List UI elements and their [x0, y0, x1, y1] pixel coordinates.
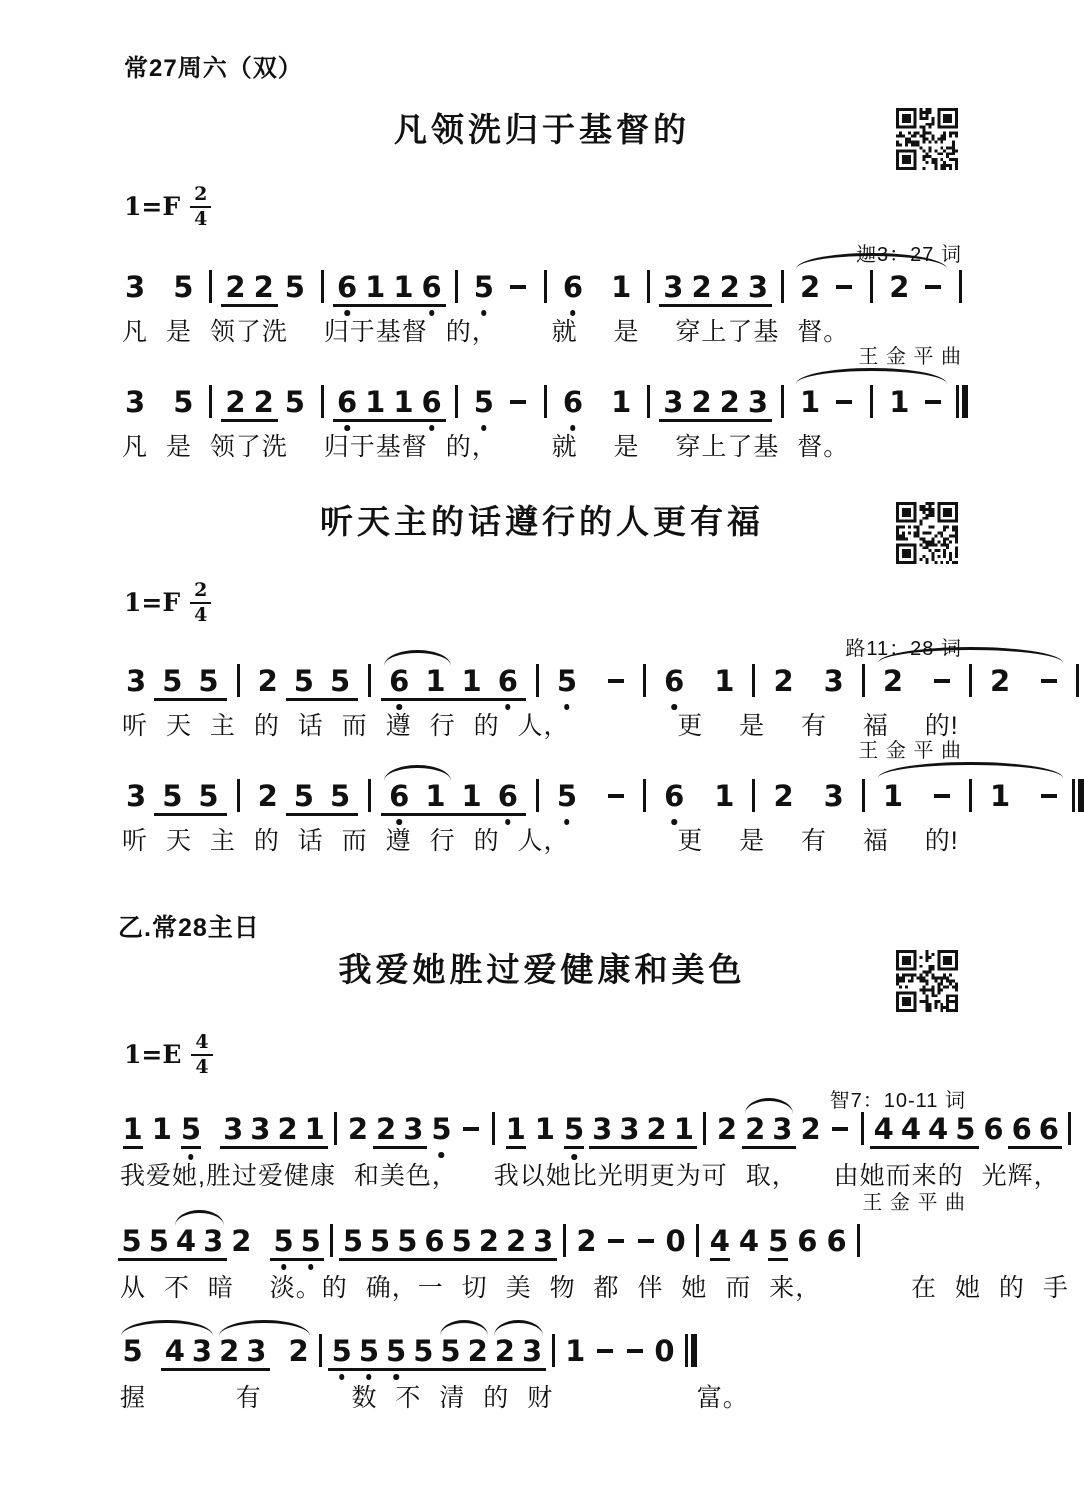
duration-dash: [836, 285, 852, 289]
note: 5: [557, 782, 577, 811]
note: 6: [983, 1115, 1003, 1144]
note: 6: [563, 273, 583, 302]
note: 2: [889, 273, 909, 302]
note: 1: [611, 273, 631, 302]
barline: [455, 270, 458, 303]
note: 1: [883, 782, 903, 811]
note: 1: [462, 667, 482, 696]
duration-dash: [608, 794, 624, 798]
note: 5: [123, 1337, 143, 1366]
note: 3: [824, 667, 844, 696]
note: 1: [365, 273, 385, 302]
song1-lyrics-line1: 凡 是 领了洗 归于基督 的， 就 是 穿上了基 督。: [122, 312, 849, 348]
barline: [209, 270, 212, 303]
beam-group: 55: [154, 782, 226, 816]
note: 5: [294, 667, 314, 696]
beam-group: 55: [286, 782, 358, 816]
note: 3: [125, 388, 145, 417]
barline: [643, 779, 646, 812]
note: 2: [990, 667, 1010, 696]
duration-dash: [925, 285, 941, 289]
duration-dash: [463, 1127, 479, 1131]
beam-group: 55: [154, 667, 226, 701]
note: 3: [125, 273, 145, 302]
note: 0: [666, 1227, 686, 1256]
slur-group: 22: [793, 270, 950, 303]
note: 3: [203, 1227, 223, 1256]
qr-code-icon: [896, 502, 958, 564]
note: 5: [173, 273, 193, 302]
duration-dash: [1041, 794, 1057, 798]
note: 3: [223, 1115, 243, 1144]
note: 5: [452, 1227, 472, 1256]
note: 6: [424, 1227, 444, 1256]
note: 2: [745, 1115, 765, 1144]
note: 2: [288, 1337, 308, 1366]
note: 5: [359, 1337, 379, 1366]
note: 1: [425, 782, 445, 811]
note: 1: [889, 388, 909, 417]
barline: [544, 385, 547, 418]
song2-music-line2: 35525561165612311: [118, 779, 1084, 816]
barline: [870, 270, 873, 303]
beam-group: 22: [221, 273, 277, 307]
beam-group: 16: [389, 388, 445, 422]
duration-dash: [608, 1239, 624, 1243]
barline: [781, 385, 784, 418]
note: 5: [285, 273, 305, 302]
meter-numerator: 2: [190, 184, 211, 208]
note: 1: [152, 1115, 172, 1144]
note: 1: [393, 388, 413, 417]
note: 2: [773, 667, 793, 696]
beam-group: 55: [270, 1227, 324, 1261]
note: 6: [826, 1227, 846, 1256]
slur-group: 61: [381, 667, 453, 701]
duration-dash: [627, 1349, 643, 1353]
note: 2: [647, 1115, 667, 1144]
note: 6: [797, 1227, 817, 1256]
note: 2: [231, 1227, 251, 1256]
barline: [647, 270, 650, 303]
note: 6: [422, 388, 442, 417]
barline: [1076, 664, 1079, 697]
note: 5: [122, 1227, 142, 1256]
note: 5: [198, 782, 218, 811]
song2-lyrics-line1: 听 天 主 的 话 而 遵 行 的 人， 更 是 有 福 的!: [122, 706, 959, 742]
slur-group: 543: [118, 1337, 216, 1371]
note: 4: [739, 1227, 759, 1256]
beam-group: 44: [870, 1115, 924, 1149]
slur-group: 11: [793, 385, 950, 418]
beam-group: 43: [161, 1337, 215, 1371]
note: 3: [663, 388, 683, 417]
barline: [969, 779, 972, 812]
song2-key: 1=F: [124, 588, 180, 617]
song3-key-signature: 1=E 4 4: [124, 1032, 213, 1078]
note: 2: [277, 1115, 297, 1144]
barline: [209, 385, 212, 418]
note: 3: [522, 1337, 542, 1366]
beam-group: 23: [373, 1115, 427, 1149]
barline: [334, 1112, 337, 1145]
song2-music-line1: 35525561165612322: [118, 664, 1084, 701]
barline: [492, 1112, 495, 1145]
barline: [861, 1112, 864, 1145]
section-heading: 乙.常28主日: [118, 908, 260, 944]
note: 6: [1012, 1115, 1032, 1144]
note: 5: [162, 782, 182, 811]
song1-music-line2: 352256116561322311: [118, 385, 974, 422]
note: 2: [576, 1227, 596, 1256]
barline: [862, 664, 865, 697]
final-barline: [956, 385, 968, 418]
note: 2: [258, 667, 278, 696]
note: 1: [800, 388, 820, 417]
note: 2: [720, 273, 740, 302]
note: 1: [462, 782, 482, 811]
note: 3: [250, 1115, 270, 1144]
note: 4: [165, 1337, 185, 1366]
note: 2: [720, 388, 740, 417]
beam-group: 23: [502, 1227, 556, 1261]
note: 1: [714, 782, 734, 811]
note: 4: [710, 1227, 730, 1261]
note: 1: [506, 1115, 526, 1149]
note: 4: [901, 1115, 921, 1144]
beam-group: 55: [118, 1227, 172, 1261]
beam-group: 61: [333, 273, 389, 307]
note: 2: [506, 1227, 526, 1256]
barline: [237, 664, 240, 697]
note: 3: [192, 1337, 212, 1366]
slur-group: 11: [875, 779, 1066, 812]
note: 5: [474, 388, 494, 417]
meter-numerator: 2: [190, 580, 211, 604]
note: 1: [611, 388, 631, 417]
barline: [563, 1224, 566, 1257]
note: 5: [343, 1227, 363, 1256]
note: 6: [563, 388, 583, 417]
note: 5: [413, 1337, 433, 1366]
note: 6: [498, 782, 518, 811]
note: 5: [273, 1227, 293, 1256]
note: 4: [928, 1115, 948, 1144]
note: 3: [246, 1337, 266, 1366]
note: 5: [285, 388, 305, 417]
note: 5: [162, 667, 182, 696]
song1-music-line1: 352256116561322322: [118, 270, 971, 307]
sheet-music-page: 常27周六（双） 凡领洗归于基督的 迦3：27 词 王 金 平 曲 1=F 2 …: [0, 0, 1084, 1500]
note: 5: [332, 1337, 352, 1366]
beam-group: 52: [448, 1227, 502, 1261]
barline-thin: [685, 1334, 688, 1367]
note: 5: [149, 1227, 169, 1256]
note: 2: [800, 273, 820, 302]
note: 3: [533, 1227, 553, 1256]
song2-time-signature: 2 4: [190, 580, 211, 626]
barline: [857, 1224, 860, 1257]
note: 2: [883, 667, 903, 696]
note: 2: [348, 1115, 368, 1144]
note: 2: [691, 388, 711, 417]
barline: [703, 1112, 706, 1145]
note: 5: [564, 1115, 584, 1149]
beam-group: 32: [659, 273, 715, 307]
song1-lyrics-line2: 凡 是 领了洗 归于基督 的， 就 是 穿上了基 督。: [122, 427, 849, 463]
beam-group: 32: [659, 388, 715, 422]
beam-group: 33: [589, 1115, 643, 1149]
note: 6: [389, 782, 409, 811]
note: 6: [389, 667, 409, 696]
note: 5: [370, 1227, 390, 1256]
page-header: 常27周六（双）: [124, 48, 303, 83]
note: 5: [474, 273, 494, 302]
note: 5: [330, 667, 350, 696]
note: 1: [305, 1115, 325, 1144]
note: 1: [990, 782, 1010, 811]
note: 1: [123, 1115, 143, 1149]
note: 2: [258, 782, 278, 811]
note: 5: [397, 1227, 417, 1256]
note: 2: [254, 388, 274, 417]
barline: [544, 270, 547, 303]
song3-lyrics-line3: 握 有 数 不 清 的 财 富。: [120, 1378, 749, 1414]
barline: [781, 270, 784, 303]
slur-group: 52: [437, 1337, 491, 1371]
note: 6: [337, 388, 357, 417]
beam-group: 23: [216, 1337, 270, 1371]
song3-lyrics-line2: 从 不 暗 淡。的 确，一 切 美 物 都 伴 她 而 来， 在 她 的 手 中: [120, 1268, 1084, 1304]
note: 5: [294, 782, 314, 811]
song3-lyrics-line1: 我爱她,胜过爱健康 和美色， 我以她比光明更为可 取， 由她而来的 光辉，: [120, 1156, 1060, 1192]
note: 3: [126, 782, 146, 811]
note: 6: [422, 273, 442, 302]
barline: [237, 779, 240, 812]
barline-thick: [962, 385, 969, 418]
note: 3: [748, 388, 768, 417]
barline: [862, 779, 865, 812]
note: 5: [330, 782, 350, 811]
duration-dash: [836, 400, 852, 404]
duration-dash: [934, 679, 950, 683]
meter-denominator: 4: [194, 208, 207, 230]
duration-dash: [832, 1127, 848, 1131]
barline: [321, 385, 324, 418]
note: 3: [824, 782, 844, 811]
slur-group: 23: [491, 1337, 545, 1371]
barline: [319, 1334, 322, 1367]
barline: [752, 664, 755, 697]
barline: [1068, 1112, 1071, 1145]
final-barline: [1072, 779, 1084, 812]
beam-group: 56: [394, 1227, 448, 1261]
slur-group: 22: [875, 664, 1066, 697]
barline: [752, 779, 755, 812]
note: 5: [386, 1337, 406, 1366]
note: 1: [393, 273, 413, 302]
note: 3: [403, 1115, 423, 1144]
song3-music-line1: 11533212235115332122324445666: [118, 1112, 1077, 1149]
barline: [536, 779, 539, 812]
beam-group: 16: [389, 273, 445, 307]
note: 3: [592, 1115, 612, 1144]
beam-group: 55: [339, 1227, 393, 1261]
note: 2: [254, 273, 274, 302]
note: 3: [663, 273, 683, 302]
note: 1: [535, 1115, 555, 1144]
barline: [870, 385, 873, 418]
barline: [552, 1334, 555, 1367]
song1-time-signature: 2 4: [190, 184, 211, 230]
note: 5: [198, 667, 218, 696]
song2-lyrics-line2: 听 天 主 的 话 而 遵 行 的 人， 更 是 有 福 的!: [122, 821, 959, 857]
final-barline: [685, 1334, 697, 1367]
note: 6: [664, 667, 684, 696]
note: 2: [773, 782, 793, 811]
duration-dash: [638, 1239, 654, 1243]
note: 2: [800, 1115, 820, 1144]
beam-group: 61: [333, 388, 389, 422]
note: 3: [619, 1115, 639, 1144]
song1-key-signature: 1=F 2 4: [124, 184, 211, 230]
song3-music-line3: 5432325555522310: [118, 1334, 703, 1371]
barline-thick: [691, 1334, 698, 1367]
duration-dash: [934, 794, 950, 798]
beam-group: 66: [1008, 1115, 1062, 1149]
meter-numerator: 4: [191, 1032, 212, 1056]
note: 5: [440, 1337, 460, 1366]
barline: [969, 664, 972, 697]
qr-code-icon: [896, 108, 958, 170]
barline: [330, 1224, 333, 1257]
barline: [321, 270, 324, 303]
note: 5: [181, 1115, 201, 1149]
slur-group: 232: [216, 1337, 314, 1371]
note: 4: [176, 1227, 196, 1256]
note: 5: [768, 1227, 788, 1261]
song2-key-signature: 1=F 2 4: [124, 580, 211, 626]
slur-group: 61: [381, 782, 453, 816]
song3-key: 1=E: [124, 1040, 181, 1069]
song3-time-signature: 4 4: [191, 1032, 212, 1078]
barline: [368, 664, 371, 697]
note: 1: [714, 667, 734, 696]
note: 1: [365, 388, 385, 417]
note: 2: [691, 273, 711, 302]
barline: [536, 664, 539, 697]
slur-group: 43: [172, 1227, 226, 1261]
beam-group: 23: [716, 273, 772, 307]
barline: [959, 270, 962, 303]
note: 2: [225, 273, 245, 302]
meter-denominator: 4: [194, 604, 207, 626]
note: 2: [717, 1115, 737, 1144]
beam-group: 45: [925, 1115, 979, 1149]
beam-group: 21: [274, 1115, 328, 1149]
note: 1: [425, 667, 445, 696]
note: 6: [664, 782, 684, 811]
note: 6: [1039, 1115, 1059, 1144]
beam-group: 55: [383, 1337, 437, 1371]
note: 5: [431, 1115, 451, 1144]
beam-group: 22: [221, 388, 277, 422]
beam-group: 33: [220, 1115, 274, 1149]
barline-thin: [1072, 779, 1075, 812]
barline-thin: [956, 385, 959, 418]
barline: [647, 385, 650, 418]
barline: [455, 385, 458, 418]
note: 3: [772, 1115, 792, 1144]
duration-dash: [925, 400, 941, 404]
note: 0: [654, 1337, 674, 1366]
note: 2: [468, 1337, 488, 1366]
duration-dash: [1041, 679, 1057, 683]
meter-denominator: 4: [195, 1056, 208, 1078]
beam-group: 16: [454, 667, 526, 701]
note: 2: [219, 1337, 239, 1366]
note: 1: [565, 1337, 585, 1366]
duration-dash: [510, 285, 526, 289]
note: 4: [874, 1115, 894, 1144]
note: 2: [225, 388, 245, 417]
beam-group: 55: [286, 667, 358, 701]
note: 5: [173, 388, 193, 417]
note: 3: [748, 273, 768, 302]
beam-group: 55: [328, 1337, 382, 1371]
note: 6: [498, 667, 518, 696]
note: 6: [337, 273, 357, 302]
barline: [696, 1224, 699, 1257]
song1-key: 1=F: [124, 192, 180, 221]
barline-thick: [1078, 779, 1084, 812]
note: 1: [674, 1115, 694, 1144]
beam-group: 16: [454, 782, 526, 816]
beam-group: 23: [716, 388, 772, 422]
barline: [368, 779, 371, 812]
note: 5: [955, 1115, 975, 1144]
beam-group: 21: [643, 1115, 697, 1149]
note: 2: [479, 1227, 499, 1256]
note: 3: [126, 667, 146, 696]
duration-dash: [510, 400, 526, 404]
duration-dash: [597, 1349, 613, 1353]
note: 5: [557, 667, 577, 696]
song3-music-line2: 5543255555652232044566: [118, 1224, 866, 1261]
note: 5: [301, 1227, 321, 1256]
slur-group: 23: [742, 1115, 796, 1149]
barline: [643, 664, 646, 697]
duration-dash: [608, 679, 624, 683]
qr-code-icon: [896, 950, 958, 1012]
note: 2: [376, 1115, 396, 1144]
note: 2: [495, 1337, 515, 1366]
